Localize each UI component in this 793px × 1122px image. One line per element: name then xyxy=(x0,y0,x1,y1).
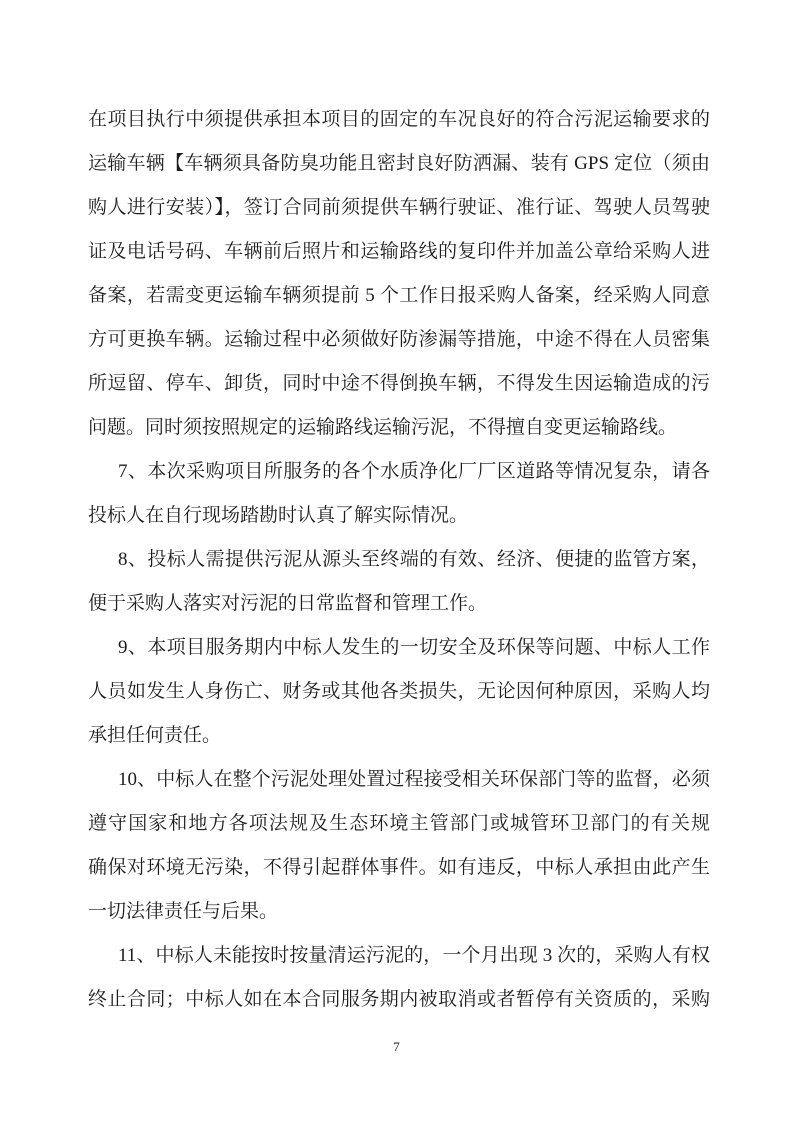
text-line: 便于采购人落实对污泥的日常监督和管理工作。 xyxy=(88,582,710,626)
paragraph-continuation: 在项目执行中须提供承担本项目的固定的车况良好的符合污泥运输要求的 运输车辆【车辆… xyxy=(88,98,710,450)
text-line: 人员如发生人身伤亡、财务或其他各类损失，无论因何种原因，采购人均不 xyxy=(88,670,710,714)
text-line: 一切法律责任与后果。 xyxy=(88,890,710,934)
text-line: 10、中标人在整个污泥处理处置过程接受相关环保部门等的监督，必须 xyxy=(88,758,710,802)
text-line: 备案，若需变更运输车辆须提前 5 个工作日报采购人备案，经采购人同意后 xyxy=(88,274,710,318)
paragraph-item-8: 8、投标人需提供污泥从源头至终端的有效、经济、便捷的监管方案， 便于采购人落实对… xyxy=(88,538,710,626)
text-line: 方可更换车辆。运输过程中必须做好防渗漏等措施，中途不得在人员密集场 xyxy=(88,318,710,362)
text-line: 在项目执行中须提供承担本项目的固定的车况良好的符合污泥运输要求的 xyxy=(88,98,710,142)
text-line: 7、本次采购项目所服务的各个水质净化厂厂区道路等情况复杂，请各 xyxy=(88,450,710,494)
paragraph-item-7: 7、本次采购项目所服务的各个水质净化厂厂区道路等情况复杂，请各 投标人在自行现场… xyxy=(88,450,710,538)
text-line: 问题。同时须按照规定的运输路线运输污泥，不得擅自变更运输路线。 xyxy=(88,406,710,450)
text-line: 购人进行安装）】，签订合同前须提供车辆行驶证、准行证、驾驶人员驾驶 xyxy=(88,186,710,230)
text-line: 所逗留、停车、卸货，同时中途不得倒换车辆，不得发生因运输造成的污染 xyxy=(88,362,710,406)
text-line: 9、本项目服务期内中标人发生的一切安全及环保等问题、中标人工作 xyxy=(88,626,710,670)
text-line: 证及电话号码、车辆前后照片和运输路线的复印件并加盖公章给采购人进行 xyxy=(88,230,710,274)
paragraph-item-9: 9、本项目服务期内中标人发生的一切安全及环保等问题、中标人工作 人员如发生人身伤… xyxy=(88,626,710,758)
document-page: 在项目执行中须提供承担本项目的固定的车况良好的符合污泥运输要求的 运输车辆【车辆… xyxy=(0,0,793,1122)
paragraph-item-10: 10、中标人在整个污泥处理处置过程接受相关环保部门等的监督，必须 遵守国家和地方… xyxy=(88,758,710,934)
text-line: 8、投标人需提供污泥从源头至终端的有效、经济、便捷的监管方案， xyxy=(88,538,710,582)
text-line: 11、中标人未能按时按量清运污泥的，一个月出现 3 次的，采购人有权 xyxy=(88,934,710,978)
text-line: 运输车辆【车辆须具备防臭功能且密封良好防洒漏、装有 GPS 定位（须由采 xyxy=(88,142,710,186)
paragraph-item-11: 11、中标人未能按时按量清运污泥的，一个月出现 3 次的，采购人有权 终止合同；… xyxy=(88,934,710,1022)
text-line: 投标人在自行现场踏勘时认真了解实际情况。 xyxy=(88,494,710,538)
text-line: 承担任何责任。 xyxy=(88,714,710,758)
page-number: 7 xyxy=(0,1038,793,1056)
text-line: 终止合同；中标人如在本合同服务期内被取消或者暂停有关资质的，采购人 xyxy=(88,978,710,1022)
document-body: 在项目执行中须提供承担本项目的固定的车况良好的符合污泥运输要求的 运输车辆【车辆… xyxy=(88,98,710,1022)
text-line: 确保对环境无污染，不得引起群体事件。如有违反，中标人承担由此产生的 xyxy=(88,846,710,890)
text-line: 遵守国家和地方各项法规及生态环境主管部门或城管环卫部门的有关规定， xyxy=(88,802,710,846)
